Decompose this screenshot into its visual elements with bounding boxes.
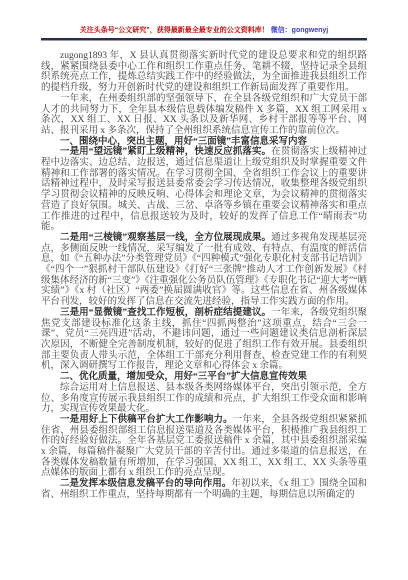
paragraph-telescope: 一是用“望远镜”紧盯上级精神，快速反应抓落实。在贯彻落实上级精神过程中边落实、边… bbox=[41, 147, 367, 233]
watermark-wechat-text: 微信：gongwenyj bbox=[271, 27, 329, 34]
watermark-header: 关注头条号“公文研究”，获得最新最全最专业的公文资料库！ 微信：gongweny… bbox=[41, 26, 367, 35]
document-body: zugong1893 年，X 县认真贯彻落实新时代党的建设总要求和党的组织路线，… bbox=[41, 51, 367, 501]
watermark-notice-text: 关注头条号“公文研究”，获得最新最全最专业的公文资料库！ bbox=[80, 27, 269, 34]
section-heading-2: 二、优化质量，增加受众，用好“三平台”扩大信息宣传效果 bbox=[41, 372, 367, 383]
section-heading-1: 一、围绕中心，突出主题，用好“三面镜”丰富信息采写内容 bbox=[41, 137, 367, 148]
document-page: 关注头条号“公文研究”，获得最新最全最专业的公文资料库！ 微信：gongweny… bbox=[0, 0, 408, 580]
paragraph-lead: 一是用“望远镜”紧盯上级精神，快速反应抓落实。 bbox=[60, 147, 271, 157]
paragraph-prism: 二是用“三棱镜”观察基层一线，全方位展现成果。通过多视角发现基层亮点，多侧面反映… bbox=[41, 233, 367, 308]
paragraph-local-platform: 二是发挥本级信息发稿平台的导向作用。年初以来，《x 组工》围绕全国和省、州组织工… bbox=[41, 479, 367, 500]
paragraph-lead: 三是用“显微镜”查找工作短板，剖析症结提建议。 bbox=[60, 308, 271, 318]
paragraph-text: 通过多视角发现基层亮点，多侧面反映一线情况，采写编发了一批有成效、有特点、有温度… bbox=[41, 233, 367, 307]
paragraph-microscope: 三是用“显微镜”查找工作短板，剖析症结提建议。一年来，各级党组织聚焦党支部建设标… bbox=[41, 308, 367, 372]
paragraph-submission-platform: 一是用好上下供稿平台扩大工作影响力。一年来，全县各级党组织紧紧抓住省、州县委组织… bbox=[41, 415, 367, 479]
paragraph-platforms-intro: 综合运用对上信息报送、县本级各类网络媒体平台，突出引领示范，全方位、多角度宣传展… bbox=[41, 383, 367, 415]
paragraph-lead: 二是用“三棱镜”观察基层一线，全方位展现成果。 bbox=[60, 233, 271, 243]
paragraph-lead: 二是发挥本级信息发稿平台的导向作用。 bbox=[60, 479, 231, 489]
paragraph-lead: 一是用好上下供稿平台扩大工作影响力。 bbox=[60, 415, 233, 425]
header-divider-line bbox=[41, 38, 367, 41]
paragraph-overview: 一年来，在州委组织部的坚强领导下，在全县各级党组织和广大党员干部人才的共同努力下… bbox=[41, 94, 367, 137]
paragraph-intro: zugong1893 年，X 县认真贯彻落实新时代党的建设总要求和党的组织路线，… bbox=[41, 51, 367, 94]
paragraph-text: 在贯彻落实上级精神过程中边落实、边总结、边报送，通过信息渠道让上级党组织及时掌握… bbox=[41, 147, 367, 232]
